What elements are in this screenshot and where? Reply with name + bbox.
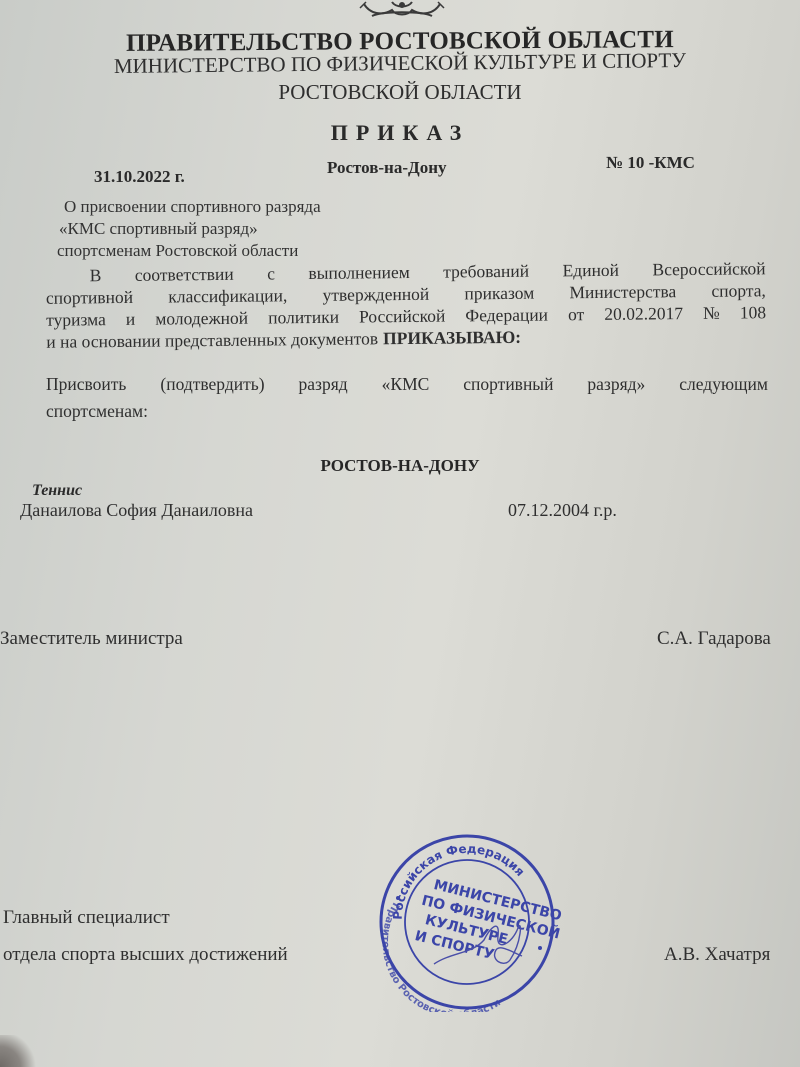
specialist-title-line2: отдела спорта высших достижений — [3, 944, 288, 966]
order-date: 31.10.2022 г. — [94, 167, 185, 187]
specialist-name: А.В. Хачатря — [664, 944, 770, 966]
document-type-heading: ПРИКАЗ — [0, 120, 800, 146]
official-stamp: Российская Федерация Правительство Росто… — [372, 832, 562, 1012]
preamble-paragraph: В соответствии с выполнением требований … — [46, 257, 767, 353]
deputy-minister-name: С.А. Гадарова — [657, 628, 771, 650]
subject-line: О присвоении спортивного разряда — [64, 196, 321, 218]
coat-of-arms-emblem — [358, 0, 446, 18]
order-subject: О присвоении спортивного разряда «КМС сп… — [64, 196, 321, 262]
athlete-name: Данаилова София Данаиловна — [20, 500, 253, 521]
sport-name: Теннис — [32, 482, 82, 500]
subject-line: спортсменам Ростовской области — [57, 240, 321, 262]
assignment-line: спортсменам: — [46, 398, 768, 425]
assignment-paragraph: Присвоить (подтвердить) разряд «КМС спор… — [46, 371, 768, 425]
region-heading: РОСТОВ-НА-ДОНУ — [0, 456, 800, 476]
ministry-title-line2: РОСТОВСКОЙ ОБЛАСТИ — [0, 80, 800, 105]
subject-line: «КМС спортивный разряд» — [59, 218, 321, 240]
specialist-title-line1: Главный специалист — [3, 907, 170, 929]
order-keyword: ПРИКАЗЫВАЮ: — [383, 326, 521, 349]
deputy-minister-title: Заместитель министра — [0, 628, 183, 650]
order-number: № 10 -КМС — [606, 153, 695, 173]
order-city: Ростов-на-Дону — [327, 158, 447, 178]
athlete-birth-date: 07.12.2004 г.р. — [508, 500, 617, 521]
photo-corner-shadow — [0, 1035, 40, 1067]
assignment-line: Присвоить (подтвердить) разряд «КМС спор… — [46, 371, 768, 398]
